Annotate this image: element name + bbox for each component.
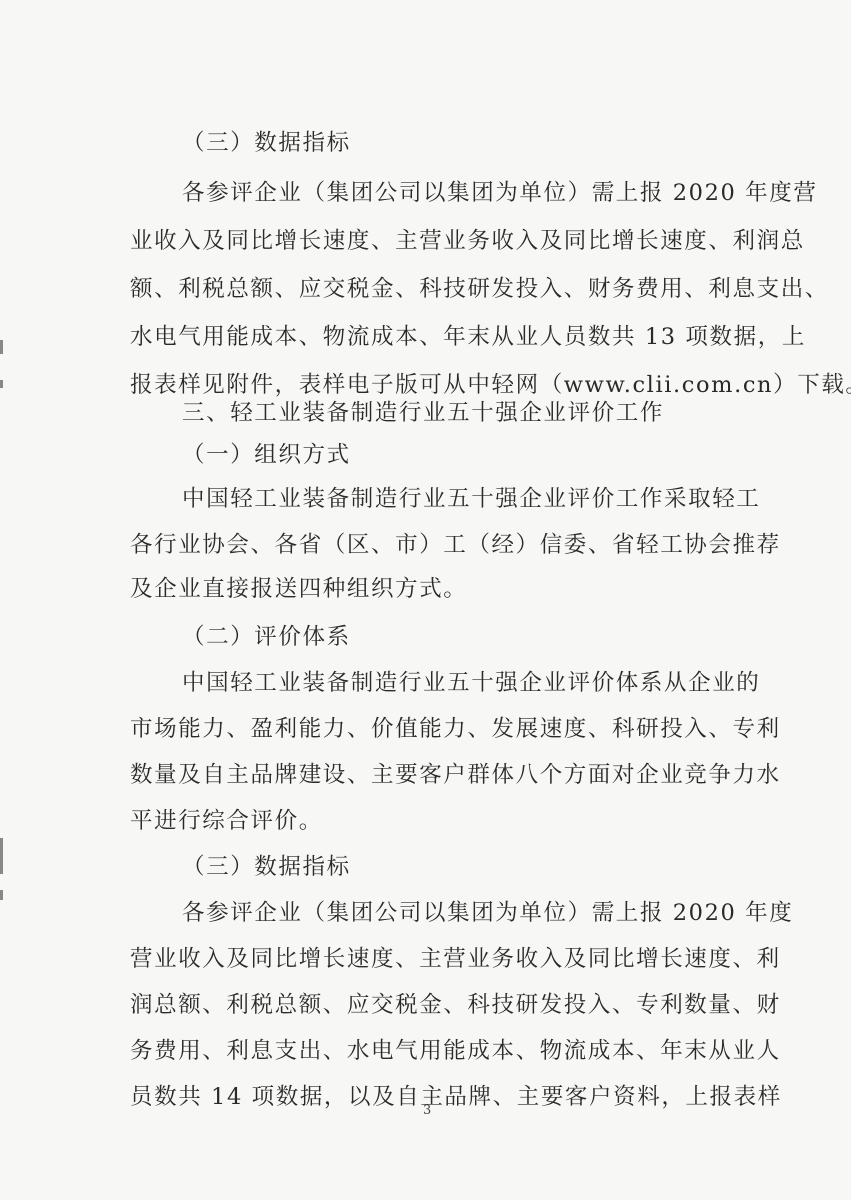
text-line: 及企业直接报送四种组织方式。 [130,574,730,604]
text-line: 中国轻工业装备制造行业五十强企业评价体系从企业的 [182,668,782,698]
scan-edge-mark [0,890,3,900]
text-line: 数量及自主品牌建设、主要客户群体八个方面对企业竞争力水 [130,760,730,790]
text-line: 业收入及同比增长速度、主营业务收入及同比增长速度、利润总 [130,226,730,256]
text-line: （一）组织方式 [182,440,782,470]
text-line: 水电气用能成本、物流成本、年末从业人员数共 13 项数据，上 [130,322,730,352]
text-line: （三）数据指标 [182,852,782,882]
text-line: 平进行综合评价。 [130,806,730,836]
text-line: （三）数据指标 [182,128,782,158]
text-line: 额、利税总额、应交税金、科技研发投入、财务费用、利息支出、 [130,274,730,304]
scan-edge-mark [0,340,3,354]
text-line: （二）评价体系 [182,622,782,652]
text-line: 各参评企业（集团公司以集团为单位）需上报 2020 年度营 [182,178,782,208]
text-line: 润总额、利税总额、应交税金、科技研发投入、专利数量、财 [130,990,730,1020]
page-number: 3 [423,1103,431,1118]
document-page: （三）数据指标各参评企业（集团公司以集团为单位）需上报 2020 年度营业收入及… [0,0,851,1200]
text-line: 各参评企业（集团公司以集团为单位）需上报 2020 年度 [182,898,782,928]
scan-edge-mark [0,380,3,388]
text-line: 务费用、利息支出、水电气用能成本、物流成本、年末从业人 [130,1036,730,1066]
text-line: 市场能力、盈利能力、价值能力、发展速度、科研投入、专利 [130,714,730,744]
scan-edge-mark [0,838,3,874]
text-line: 三、轻工业装备制造行业五十强企业评价工作 [182,398,782,428]
text-line: 中国轻工业装备制造行业五十强企业评价工作采取轻工 [182,484,782,514]
text-line: 报表样见附件，表样电子版可从中轻网（www.clii.com.cn）下载。 [130,370,730,400]
text-line: 营业收入及同比增长速度、主营业务收入及同比增长速度、利 [130,944,730,974]
text-line: 各行业协会、各省（区、市）工（经）信委、省轻工协会推荐 [130,530,730,560]
